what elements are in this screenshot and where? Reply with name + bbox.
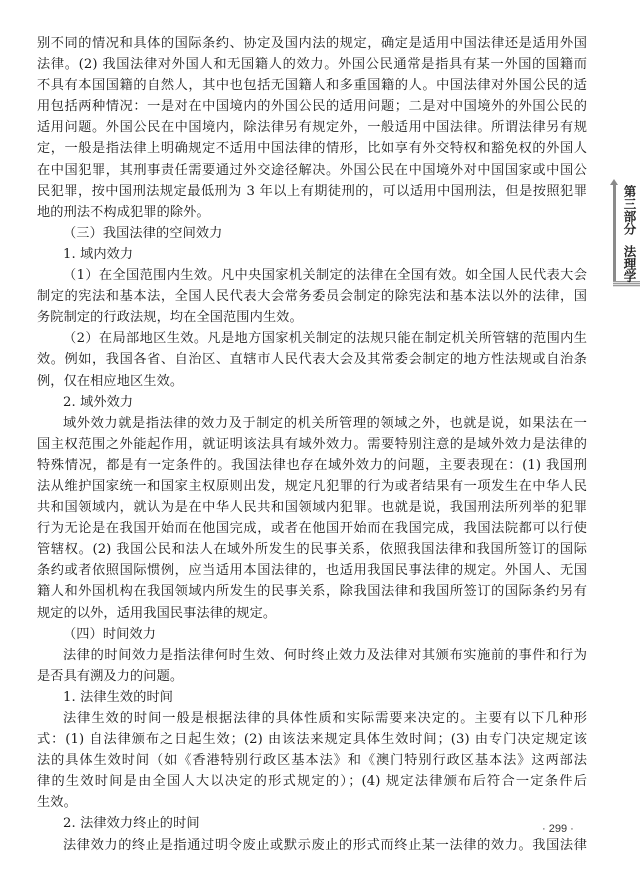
text-line: （2）在局部地区生效。凡是地方国家机关制定的法规只能在制定机关所管辖的范围内生 <box>37 328 587 349</box>
text-line: 法律生效的时间一般是根据法律的具体性质和实际需要来决定的。主要有以下几种形 <box>37 708 587 729</box>
text-line: 是否具有溯及力的问题。 <box>37 666 587 687</box>
text-line: 适用问题。外国公民在中国境内，除法律另有规定外，一般适用中国法律。所谓法律另有规 <box>37 117 587 138</box>
text-line: 律的生效时间是由全国人大以决定的形式规定的）；(4) 规定法律颁布后符合一定条件… <box>37 771 587 792</box>
text-line: 例，仅在相应地区生效。 <box>37 371 587 392</box>
section-heading: 2. 法律效力终止的时间 <box>37 813 587 834</box>
text-line: 特殊情况，都是有一定条件的。我国法律也存在域外效力的问题，主要表现在：(1) 我… <box>37 455 587 476</box>
text-line: 别不同的情况和具体的国际条约、协定及国内法的规定，确定是适用中国法律还是适用外国 <box>37 33 587 54</box>
section-heading: 1. 域内效力 <box>37 244 587 265</box>
text-line: 地的刑法不构成犯罪的除外。 <box>37 202 587 223</box>
text-line: 法律的时间效力是指法律何时生效、何时终止效力及法律对其颁布实施前的事件和行为 <box>37 645 587 666</box>
text-line: 定，一般是指法律上明确规定不适用中国法律的情形，比如享有外交特权和豁免权的外国人 <box>37 138 587 159</box>
text-line: 法的具体生效时间（如《香港特别行政区基本法》和《澳门特别行政区基本法》这两部法 <box>37 750 587 771</box>
text-line: 籍人和外国机构在我国领域内所发生的民事关系，除我国法律和我国所签订的国际条约另有 <box>37 581 587 602</box>
text-line: 制定的宪法和基本法，全国人民代表大会常务委员会制定的除宪法和基本法以外的法律，国 <box>37 286 587 307</box>
side-tab-label: 第三部分法理学 <box>620 185 636 283</box>
side-tab-part: 第三部分 <box>622 185 637 235</box>
section-heading: 1. 法律生效的时间 <box>37 687 587 708</box>
text-line: 生效。 <box>37 792 587 813</box>
text-line: 效。例如，我国各省、自治区、直辖市人民代表大会及其常委会制定的地方性法规或自治条 <box>37 349 587 370</box>
text-line: 法从维护国家统一和国家主权原则出发，规定凡犯罪的行为或者结果有一项发生在中华人民 <box>37 476 587 497</box>
text-line: （1）在全国范围内生效。凡中央国家机关制定的法律在全国有效。如全国人民代表大会 <box>37 265 587 286</box>
text-line: 务院制定的行政法规，均在全国范围内生效。 <box>37 307 587 328</box>
page-body: 别不同的情况和具体的国际条约、协定及国内法的规定，确定是适用中国法律还是适用外国… <box>37 33 587 856</box>
section-heading: （三）我国法律的空间效力 <box>37 223 587 244</box>
text-line: 式：(1) 自法律颁布之日起生效；(2) 由该法来规定具体生效时间；(3) 由专… <box>37 729 587 750</box>
text-line: 共和国领域内，就认为是在中华人民共和国领域内犯罪。也就是说，我国刑法所列举的犯罪 <box>37 497 587 518</box>
text-line: 民犯罪，按中国刑法规定最低刑为 3 年以上有期徒刑的，可以适用中国刑法，但是按照… <box>37 181 587 202</box>
text-line: 用包括两种情况：一是对在中国境内的外国公民的适用问题；二是对中国境外的外国公民的 <box>37 96 587 117</box>
text-line: 法律。(2) 我国法律对外国人和无国籍人的效力。外国公民通常是指具有某一外国的国… <box>37 54 587 75</box>
text-line: 域外效力就是指法律的效力及于制定的机关所管理的领域之外，也就是说，如果法在一 <box>37 413 587 434</box>
text-line: 国主权范围之外能起作用，就证明该法具有域外效力。需要特别注意的是域外效力是法律的 <box>37 434 587 455</box>
page-number: · 299 · <box>542 823 574 835</box>
tab-bar <box>613 183 616 283</box>
text-line: 管辖权。(2) 我国公民和法人在域外所发生的民事关系，依照我国法律和我国所签订的… <box>37 539 587 560</box>
text-line: 法律效力的终止是指通过明令废止或默示废止的形式而终止某一法律的效力。我国法律 <box>37 835 587 856</box>
text-line: 在中国犯罪，其刑事责任需要通过外交途径解决。外国公民在中国境外对中国国家或中国公 <box>37 160 587 181</box>
text-line: 行为无论是在我国开始而在他国完成，或者在他国开始而在我国完成，我国法院都可以行使 <box>37 518 587 539</box>
section-heading: 2. 域外效力 <box>37 392 587 413</box>
side-tab-subject: 法理学 <box>622 245 637 283</box>
section-side-tab: 第三部分法理学 <box>607 183 640 288</box>
section-heading: （四）时间效力 <box>37 624 587 645</box>
text-line: 条约或者依照国际惯例，应当适用本国法律的，也适用我国民事法律的规定。外国人、无国 <box>37 560 587 581</box>
text-line: 规定的以外，适用我国民事法律的规定。 <box>37 603 587 624</box>
text-line: 不具有本国国籍的自然人，其中也包括无国籍人和多重国籍的人。中国法律对外国公民的适 <box>37 75 587 96</box>
